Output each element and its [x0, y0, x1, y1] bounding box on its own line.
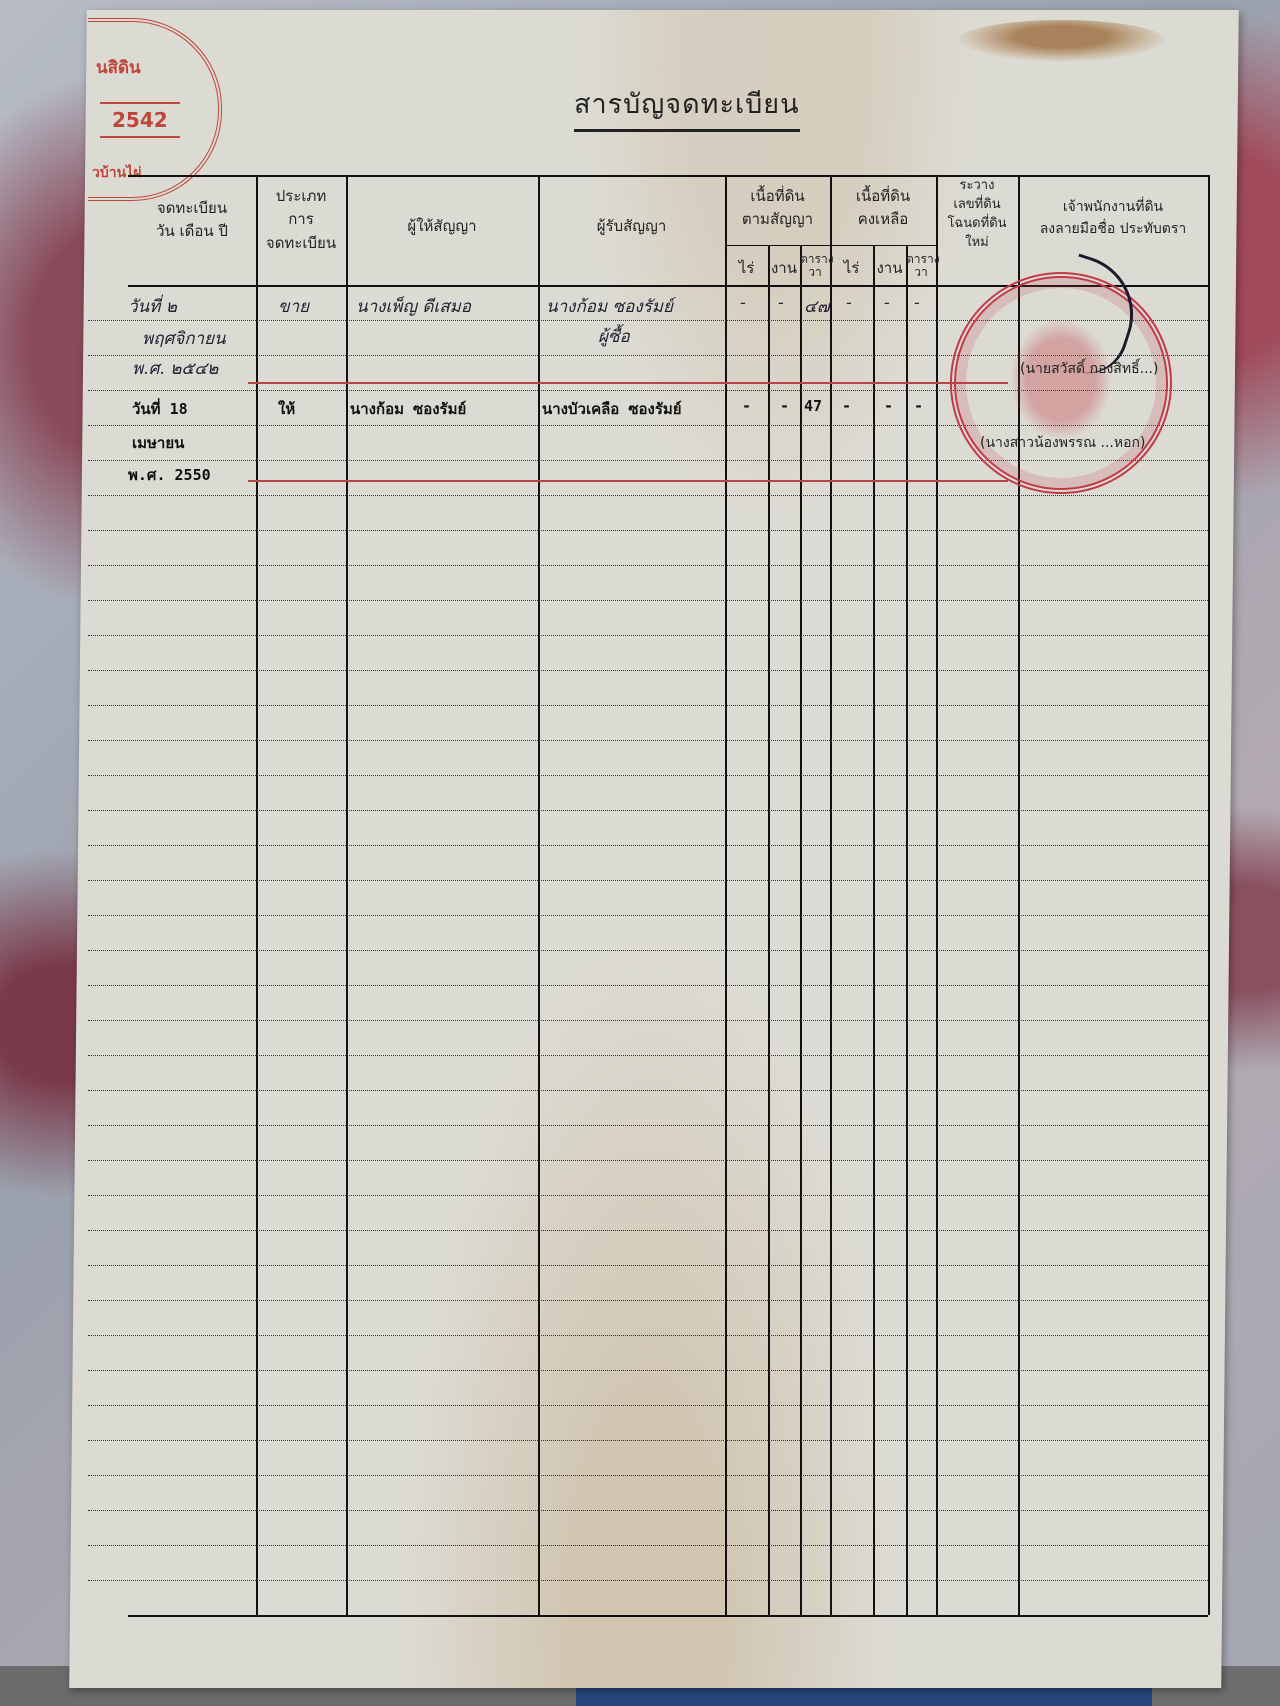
header-area-line: ตามสัญญา: [725, 208, 830, 231]
header-officer: เจ้าพนักงานที่ดิน ลงลายมือชื่อ ประทับตรา: [1018, 197, 1208, 240]
ruled-line: [88, 1090, 1208, 1091]
ruled-line: [88, 600, 1208, 601]
ruled-line: [88, 915, 1208, 916]
col-divider: [906, 245, 908, 1615]
header-date-line: จดทะเบียน: [128, 197, 256, 220]
header-officer-line: เจ้าพนักงานที่ดิน: [1018, 197, 1208, 219]
stamp-year: 2542: [100, 102, 180, 138]
ruled-line: [88, 1265, 1208, 1266]
col-divider: [1208, 175, 1210, 1615]
stamp-top-text: นสิดิน: [96, 54, 141, 81]
ruled-line: [88, 810, 1208, 811]
header-unit-sqwa: ตารางวา: [800, 253, 830, 279]
entry1-remain-ngan: -: [884, 293, 890, 313]
officer-name-line-2: (นางสาวน้องพรรณ ...หอก): [980, 432, 1145, 454]
header-parcel-line: ระวาง: [936, 177, 1018, 196]
header-date: จดทะเบียน วัน เดือน ปี: [128, 197, 256, 244]
ruled-line: [88, 845, 1208, 846]
header-parcel: ระวาง เลขที่ดิน โฉนดที่ดิน ใหม่: [936, 177, 1018, 252]
entry2-date-month: เมษายน: [132, 431, 184, 455]
header-type-line: การ: [256, 208, 346, 231]
header-grantee: ผู้รับสัญญา: [538, 215, 725, 238]
entry1-area-ngan: -: [778, 293, 784, 313]
header-parcel-line: โฉนดที่ดิน: [936, 215, 1018, 234]
entry2-remain-sqwa: -: [914, 397, 923, 415]
ruled-line: [88, 670, 1208, 671]
ruled-line: [88, 1055, 1208, 1056]
ruled-line: [88, 1300, 1208, 1301]
col-divider: [768, 245, 770, 1615]
entry1-remain-rai: -: [846, 293, 852, 313]
col-divider: [256, 175, 258, 1615]
header-parcel-line: เลขที่ดิน: [936, 196, 1018, 215]
ruled-line: [88, 530, 1208, 531]
header-type-line: ประเภท: [256, 185, 346, 208]
header-type: ประเภท การ จดทะเบียน: [256, 185, 346, 255]
ruled-line: [88, 740, 1208, 741]
table-top-border: [128, 175, 1208, 177]
ruled-line: [88, 1475, 1208, 1476]
document-title: สารบัญจดทะเบียน: [574, 82, 800, 132]
header-unit-ngan: งาน: [873, 257, 906, 280]
header-parcel-line: ใหม่: [936, 234, 1018, 253]
col-divider: [800, 245, 802, 1615]
ruled-line: [88, 1545, 1208, 1546]
entry1-grantee: นางก้อม ซองรัมย์: [546, 293, 673, 320]
header-area-line: คงเหลือ: [830, 208, 936, 231]
entry1-grantor: นางเพ็ญ ดีเสมอ: [356, 293, 471, 320]
entry1-area-rai: -: [740, 293, 746, 313]
ruled-line: [88, 1370, 1208, 1371]
ruled-line: [88, 1580, 1208, 1581]
entry1-type: ขาย: [278, 293, 309, 320]
col-divider: [936, 175, 938, 1615]
water-stain: [956, 20, 1166, 62]
header-area-remaining: เนื้อที่ดิน คงเหลือ: [830, 185, 936, 232]
ruled-line: [88, 1510, 1208, 1511]
header-area-line: เนื้อที่ดิน: [830, 185, 936, 208]
ruled-line: [88, 1440, 1208, 1441]
official-garuda-seal: [950, 272, 1172, 494]
entry2-area-sqwa: 47: [804, 397, 822, 415]
col-divider: [830, 175, 832, 1615]
ruled-line: [88, 1405, 1208, 1406]
entry1-area-sqwa: ๔๗: [804, 293, 830, 320]
ruled-line: [88, 1195, 1208, 1196]
entry-separator-red: [248, 382, 1008, 384]
header-unit-ngan: งาน: [768, 257, 800, 280]
ruled-line: [88, 950, 1208, 951]
ruled-line: [88, 705, 1208, 706]
entry2-date-day: วันที่ 18: [132, 397, 188, 421]
ruled-line: [88, 1020, 1208, 1021]
entry1-grantee-role: ผู้ซื้อ: [598, 323, 630, 350]
entry2-grantor: นางก้อม ซองรัมย์: [350, 397, 466, 421]
header-unit-sqwa: ตารางวา: [906, 253, 936, 279]
header-type-line: จดทะเบียน: [256, 232, 346, 255]
entry2-remain-rai: -: [842, 397, 851, 415]
entry1-date-year: พ.ศ. ๒๕๔๒: [132, 355, 218, 382]
entry-separator-red: [248, 480, 1008, 482]
entry2-grantee: นางบัวเคลือ ซองรัมย์: [542, 397, 682, 421]
ruled-line: [88, 1230, 1208, 1231]
ruled-line: [88, 880, 1208, 881]
col-divider: [873, 245, 875, 1615]
header-unit-rai: ไร่: [725, 257, 768, 280]
table-bottom-border: [128, 1615, 1208, 1617]
entry2-date-year: พ.ศ. 2550: [128, 463, 211, 487]
entry1-remain-sqwa: -: [914, 293, 920, 313]
ruled-line: [88, 985, 1208, 986]
ruled-line: [88, 565, 1208, 566]
ruled-line: [88, 1125, 1208, 1126]
ruled-line: [88, 1335, 1208, 1336]
col-divider: [346, 175, 348, 1615]
entry1-date-day: วันที่ ๒: [128, 293, 177, 320]
entry2-area-ngan: -: [780, 397, 789, 415]
header-date-line: วัน เดือน ปี: [128, 220, 256, 243]
ruled-line: [88, 635, 1208, 636]
officer-name-line-1: (นายสวัสดิ์ กองสิทธิ์...): [1020, 358, 1158, 380]
entry1-date-month: พฤศจิกายน: [142, 325, 226, 352]
ruled-line: [88, 775, 1208, 776]
header-grantor: ผู้ให้สัญญา: [346, 215, 538, 238]
header-area-contract: เนื้อที่ดิน ตามสัญญา: [725, 185, 830, 232]
entry2-type: ให้: [278, 397, 295, 421]
entry2-area-rai: -: [742, 397, 751, 415]
ruled-line: [88, 495, 1208, 496]
header-officer-line: ลงลายมือชื่อ ประทับตรา: [1018, 219, 1208, 241]
entry2-remain-ngan: -: [884, 397, 893, 415]
col-divider: [538, 175, 540, 1615]
col-divider: [725, 175, 727, 1615]
ruled-line: [88, 1160, 1208, 1161]
header-unit-rai: ไร่: [830, 257, 873, 280]
header-area-line: เนื้อที่ดิน: [725, 185, 830, 208]
